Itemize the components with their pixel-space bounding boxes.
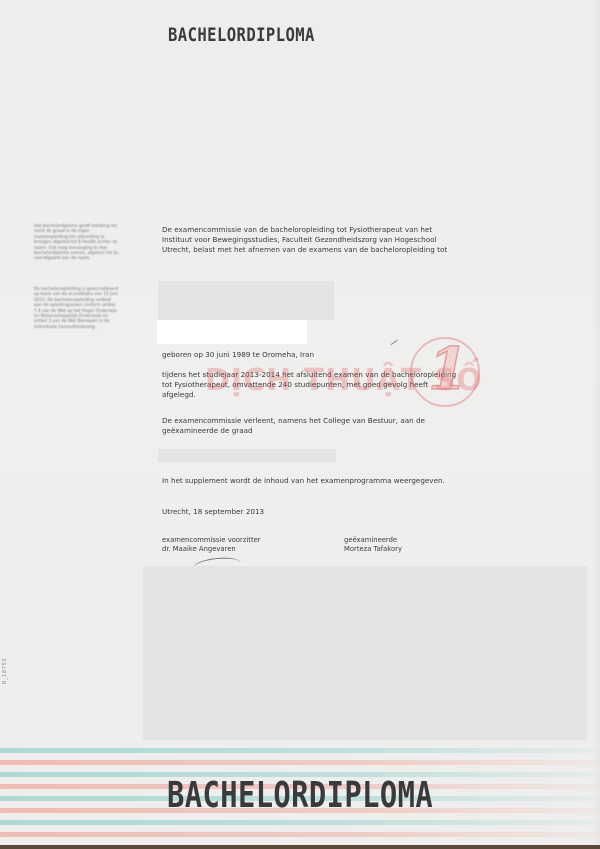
signatory-graduate-name: Morteza Tafakory — [344, 545, 402, 554]
watermark-number: 1 — [428, 336, 468, 402]
paper-edge — [593, 0, 600, 849]
diploma-title-bottom: BACHELORDIPLOMA — [167, 775, 433, 816]
diploma-page: BACHELORDIPLOMA Het bachelordiploma geef… — [0, 0, 600, 849]
redacted-name-block — [158, 281, 334, 320]
supplement-paragraph: In het supplement wordt de inhoud van he… — [162, 476, 462, 486]
scan-bottom-edge — [0, 845, 600, 849]
signatory-chair-name: dr. Maaike Angevaren — [162, 545, 261, 554]
redacted-large-block — [143, 566, 587, 740]
signatory-graduate: geëxamineerde Morteza Tafakory — [344, 536, 402, 554]
signatory-chair: examencommissie voorzitter dr. Maaike An… — [162, 536, 261, 554]
side-note-title: Het bachelordiploma geeft toelating tot … — [34, 223, 120, 261]
redacted-id-block — [157, 320, 307, 344]
grant-paragraph: De examencommissie verleent, namens het … — [162, 416, 482, 436]
pen-mark — [390, 340, 397, 345]
signatory-chair-role: examencommissie voorzitter — [162, 536, 261, 545]
place-date: Utrecht, 18 september 2013 — [162, 507, 462, 517]
signatory-graduate-role: geëxamineerde — [344, 536, 402, 545]
reference-code: B_18753 — [2, 658, 8, 684]
side-note-accreditation: De bachelorsopleiding is geaccrediteerd … — [34, 286, 120, 329]
intro-paragraph: De examencommissie van de bacheloropleid… — [162, 225, 462, 255]
diploma-title-top: BACHELORDIPLOMA — [168, 24, 315, 46]
redacted-degree-block — [158, 449, 336, 462]
